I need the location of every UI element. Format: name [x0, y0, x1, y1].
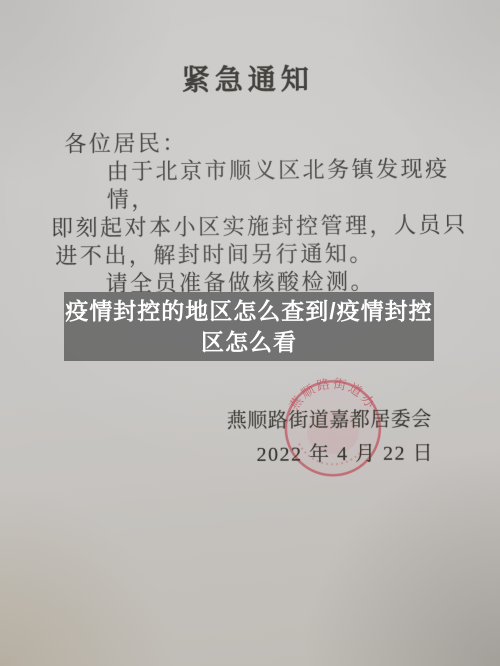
caption-banner: 疫情封控的地区怎么查到/疫情封控 区怎么看	[64, 292, 434, 361]
issuer-signature: 燕顺路街道嘉都居委会	[227, 402, 432, 433]
caption-line-2: 区怎么看	[64, 327, 434, 358]
notice-body: 各位居民： 由于北京市顺义区北务镇发现疫情， 即刻起对本小区实施封控管理，人员只…	[50, 127, 469, 299]
body-line: 由于北京市顺义区北务镇发现疫情，	[106, 155, 468, 214]
body-line: 进不出，解封时间另行通知。	[55, 239, 469, 271]
notice-photo: 紧急通知 各位居民： 由于北京市顺义区北务镇发现疫情， 即刻起对本小区实施封控管…	[0, 0, 500, 666]
body-line: 即刻起对本小区实施封控管理，人员只	[51, 211, 469, 243]
caption-line-1: 疫情封控的地区怎么查到/疫情封控	[64, 296, 434, 327]
salutation-line: 各位居民：	[64, 127, 468, 159]
notice-date: 2022 年 4 月 22 日	[256, 436, 434, 467]
notice-title: 紧急通知	[0, 56, 498, 100]
